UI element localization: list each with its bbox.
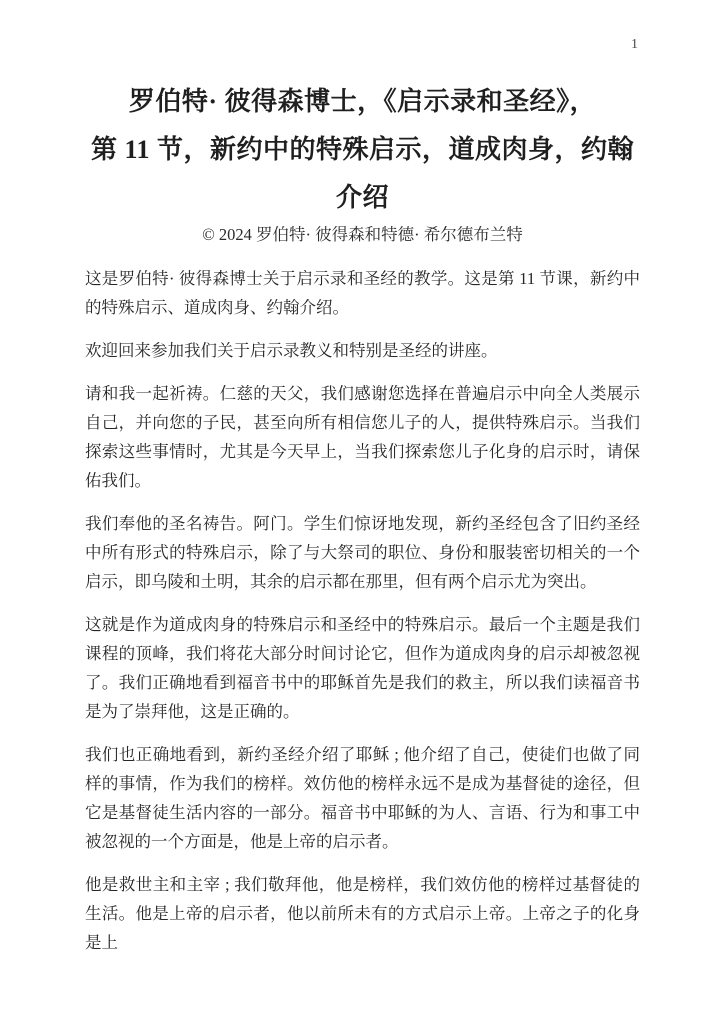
paragraph-welcome: 欢迎回来参加我们关于启示录教义和特别是圣经的讲座。 (85, 336, 640, 365)
paragraph-savior-lord: 他是救世主和主宰 ; 我们敬拜他，他是榜样，我们效仿他的榜样过基督徒的生活。他是… (85, 870, 640, 957)
copyright-byline: © 2024 罗伯特· 彼得森和特德· 希尔德布兰特 (85, 222, 640, 248)
paragraph-amen-special-revelation: 我们奉他的圣名祷告。阿门。学生们惊讶地发现，新约圣经包含了旧约圣经中所有形式的特… (85, 509, 640, 596)
document-page: 1 罗伯特· 彼得森博士，《启示录和圣经》， 第 11 节，新约中的特殊启示，道… (0, 0, 724, 1024)
title-line-2: 第 11 节，新约中的特殊启示，道成肉身，约翰 (85, 126, 640, 174)
page-number: 1 (631, 36, 638, 54)
paragraph-jesus-example: 我们也正确地看到，新约圣经介绍了耶稣 ; 他介绍了自己，使徒们也做了同样的事情，… (85, 740, 640, 856)
document-title: 罗伯特· 彼得森博士，《启示录和圣经》， 第 11 节，新约中的特殊启示，道成肉… (85, 78, 640, 222)
paragraph-intro: 这是罗伯特· 彼得森博士关于启示录和圣经的教学。这是第 11 节课，新约中的特殊… (85, 264, 640, 322)
paragraph-incarnation-scripture: 这就是作为道成肉身的特殊启示和圣经中的特殊启示。最后一个主题是我们课程的顶峰，我… (85, 610, 640, 726)
title-line-1: 罗伯特· 彼得森博士，《启示录和圣经》， (85, 78, 640, 126)
paragraph-prayer: 请和我一起祈祷。仁慈的天父，我们感谢您选择在普遍启示中向全人类展示自己，并向您的… (85, 379, 640, 495)
title-line-3: 介绍 (85, 174, 640, 222)
